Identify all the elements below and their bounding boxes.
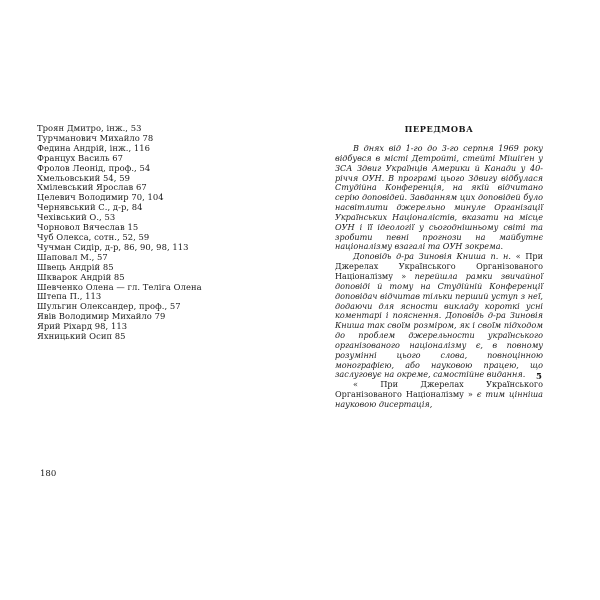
right-page-number: 5: [536, 372, 542, 382]
book-spread: Троян Дмитро, інж., 53Турчманович Михайл…: [0, 0, 600, 600]
foreword-paragraph-1: В днях від 1-го до 3-го серпня 1969 року…: [335, 144, 543, 252]
paragraph-2-lead: Доповідь д-ра Зиновія Книша п. н.: [353, 251, 516, 261]
right-page-foreword: ПЕРЕДМОВА В днях від 1-го до 3-го серпня…: [335, 124, 543, 410]
index-entry: Шкварок Андрій 85: [37, 273, 267, 283]
foreword-paragraph-2: Доповідь д-ра Зиновія Книша п. н. « При …: [335, 252, 543, 380]
left-page-index: Троян Дмитро, інж., 53Турчманович Михайл…: [37, 124, 267, 342]
name-index-list: Троян Дмитро, інж., 53Турчманович Михайл…: [37, 124, 267, 342]
paragraph-2-body: перейшла рамки звичайної доповіді й тому…: [335, 271, 543, 379]
foreword-heading: ПЕРЕДМОВА: [335, 124, 543, 134]
foreword-paragraph-3: « При Джерелах Українського Організовано…: [335, 380, 543, 410]
index-entry: Яхницький Осип 85: [37, 332, 267, 342]
left-page-number: 180: [40, 469, 56, 479]
